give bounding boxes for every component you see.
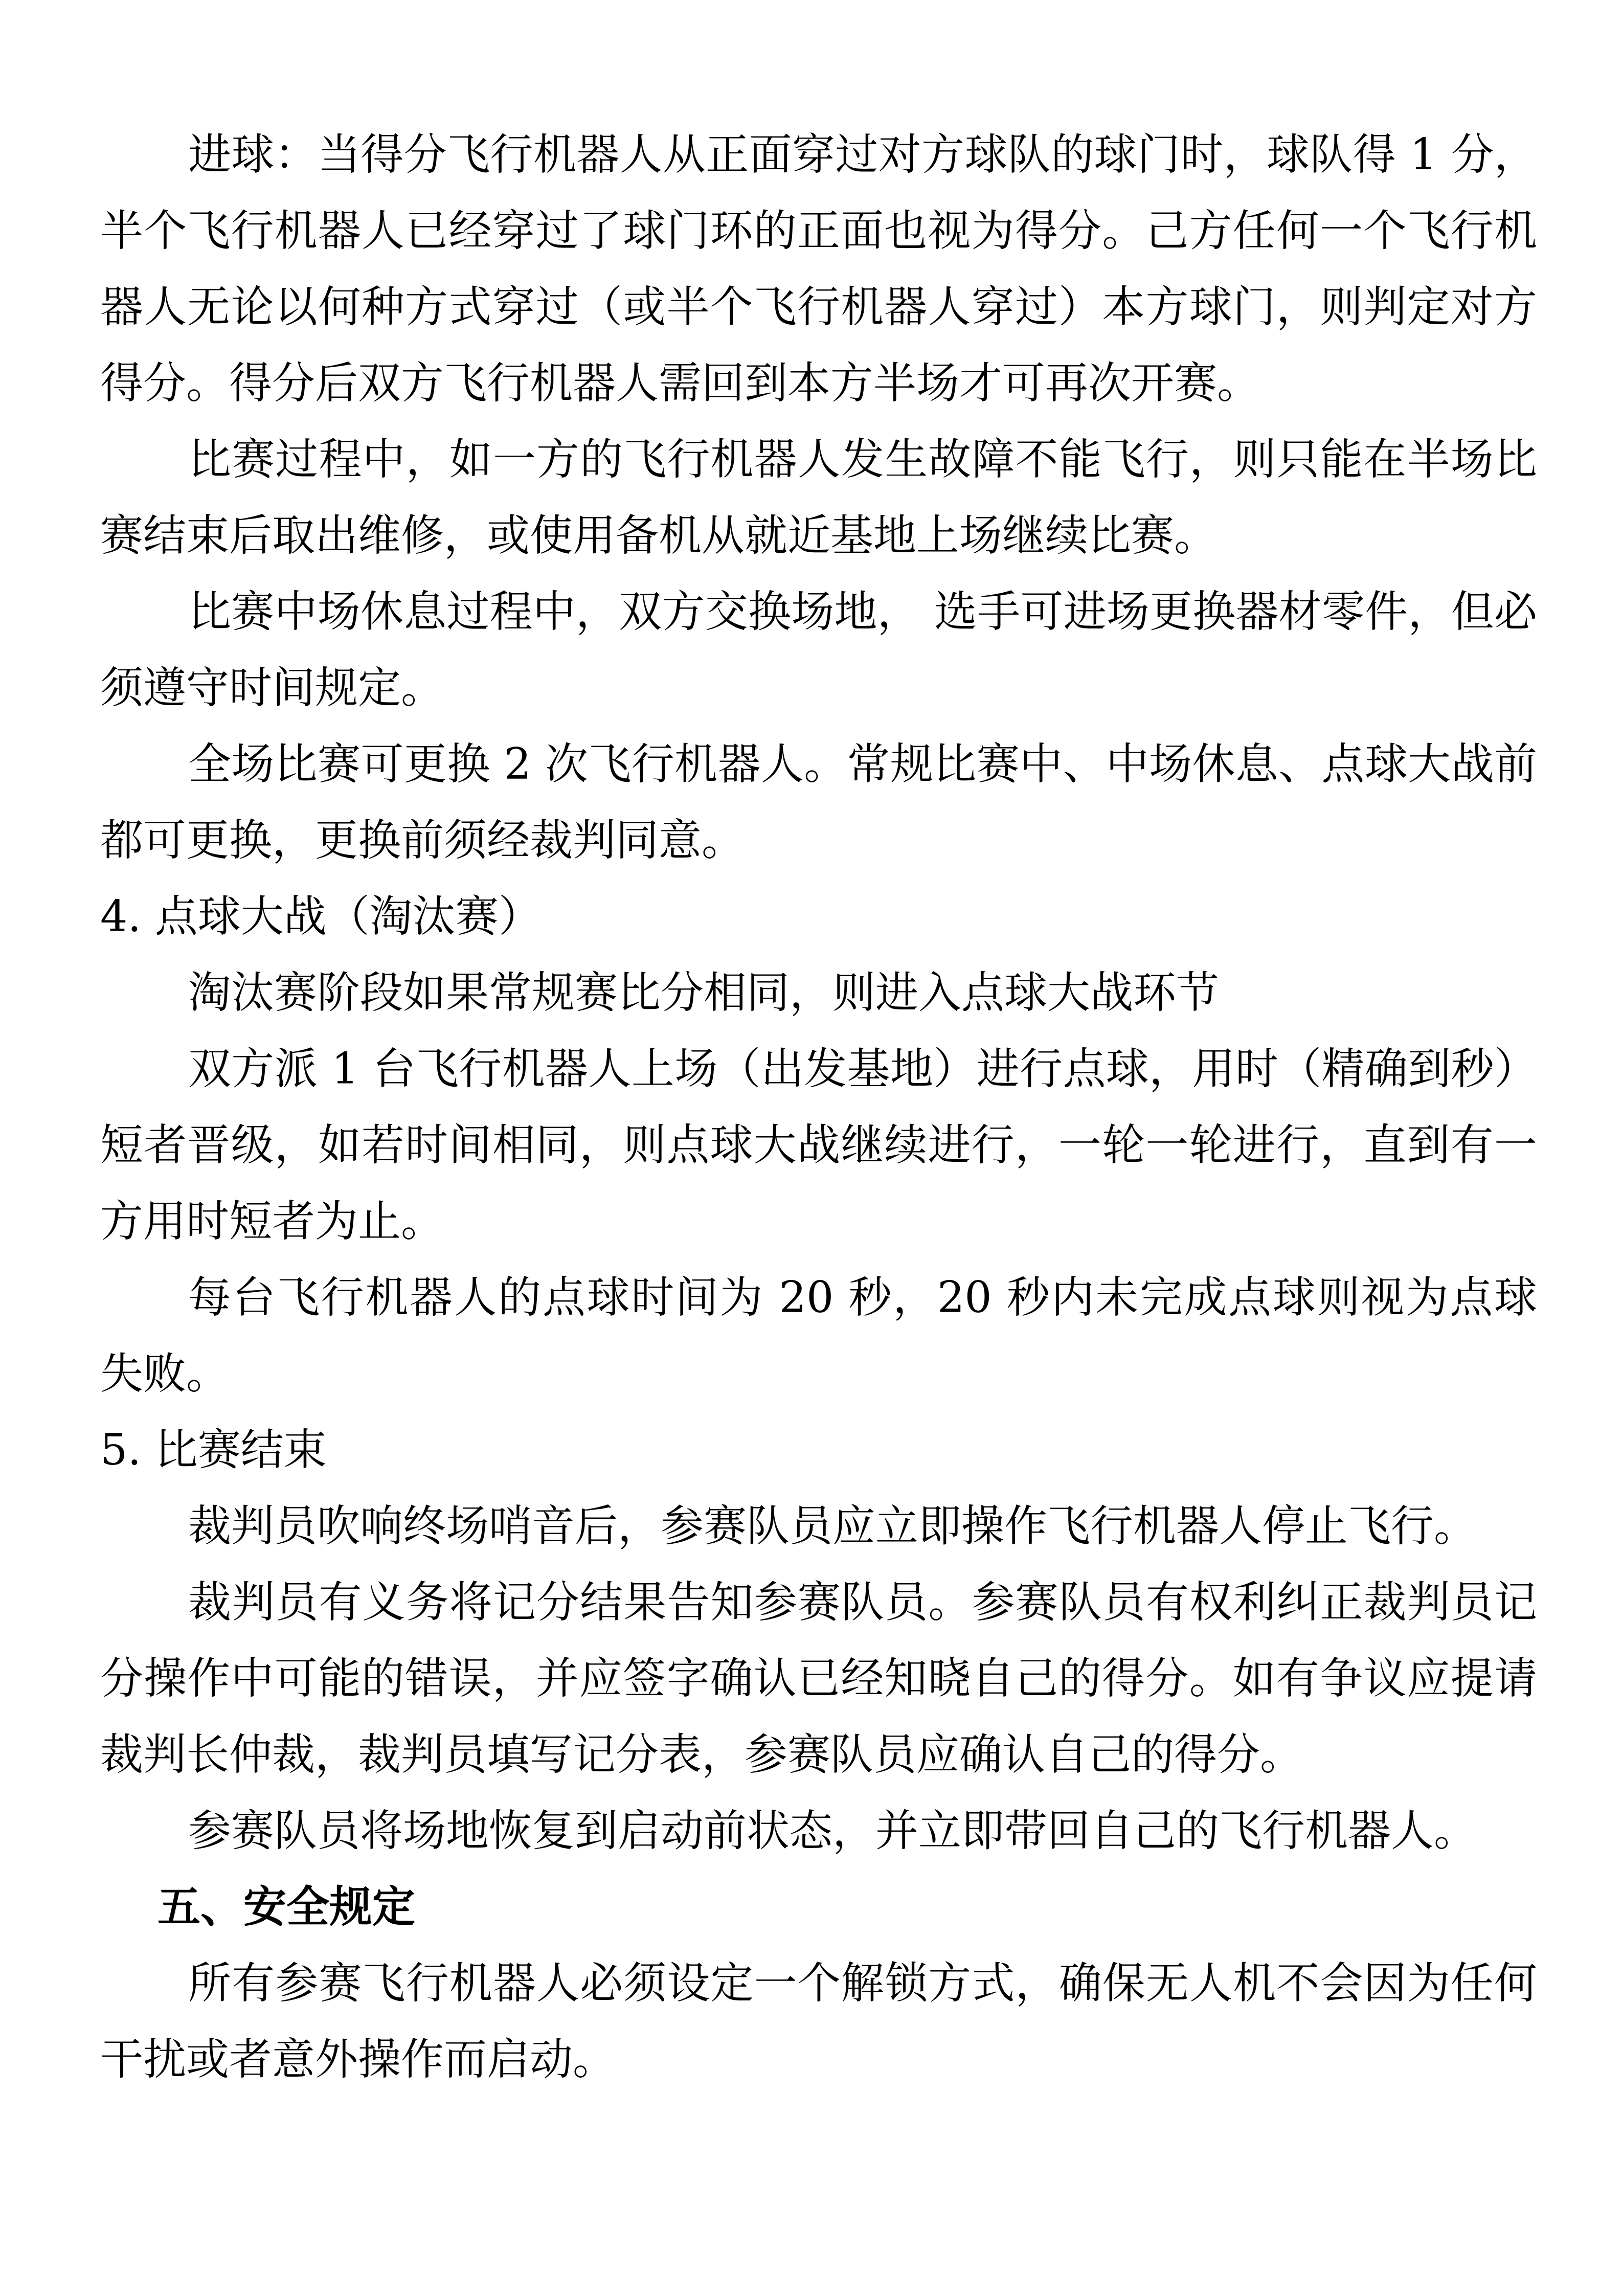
- paragraph-unlock-requirement: 所有参赛飞行机器人必须设定一个解锁方式，确保无人机不会因为任何干扰或者意外操作而…: [100, 1945, 1537, 2098]
- paragraph-malfunction: 比赛过程中，如一方的飞行机器人发生故障不能飞行，则只能在半场比赛结束后取出维修，…: [100, 421, 1537, 574]
- paragraph-final-whistle: 裁判员吹响终场哨音后，参赛队员应立即操作飞行机器人停止飞行。: [100, 1488, 1537, 1564]
- paragraph-goal-scoring: 进球：当得分飞行机器人从正面穿过对方球队的球门时，球队得 1 分，半个飞行机器人…: [100, 117, 1537, 421]
- paragraph-halftime: 比赛中场休息过程中，双方交换场地， 选手可进场更换器材零件，但必须遵守时间规定。: [100, 574, 1537, 726]
- document-page: 进球：当得分飞行机器人从正面穿过对方球队的球门时，球队得 1 分，半个飞行机器人…: [100, 117, 1537, 2098]
- section-heading-match-end: 5. 比赛结束: [100, 1412, 1537, 1488]
- paragraph-shootout-time-limit: 每台飞行机器人的点球时间为 20 秒，20 秒内未完成点球则视为点球失败。: [100, 1259, 1537, 1412]
- section-heading-penalty-shootout: 4. 点球大战（淘汰赛）: [100, 879, 1537, 955]
- paragraph-field-restore: 参赛队员将场地恢复到启动前状态，并立即带回自己的飞行机器人。: [100, 1793, 1537, 1869]
- chapter-heading-safety-rules: 五、安全规定: [100, 1869, 1537, 1945]
- paragraph-scoring-confirmation: 裁判员有义务将记分结果告知参赛队员。参赛队员有权利纠正裁判员记分操作中可能的错误…: [100, 1564, 1537, 1793]
- paragraph-shootout-trigger: 淘汰赛阶段如果常规赛比分相同，则进入点球大战环节: [100, 955, 1537, 1031]
- paragraph-replacement: 全场比赛可更换 2 次飞行机器人。常规比赛中、中场休息、点球大战前都可更换，更换…: [100, 726, 1537, 879]
- paragraph-shootout-procedure: 双方派 1 台飞行机器人上场（出发基地）进行点球，用时（精确到秒）短者晋级，如若…: [100, 1031, 1537, 1259]
